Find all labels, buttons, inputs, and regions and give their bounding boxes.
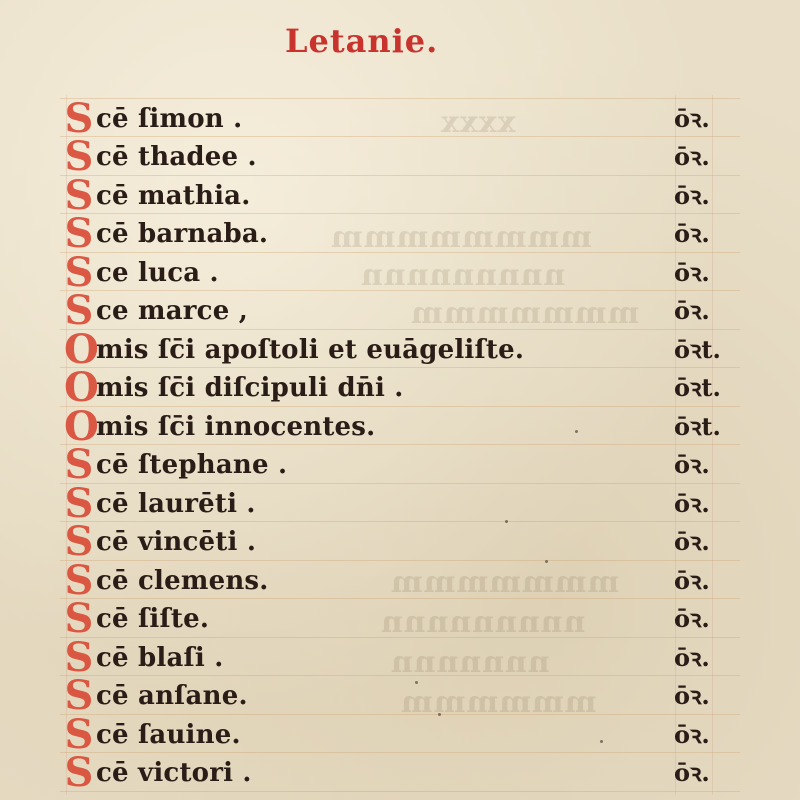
response-text: ōꝛ. bbox=[674, 254, 724, 292]
red-initial: O bbox=[64, 369, 94, 407]
response-text: ōꝛ. bbox=[674, 485, 724, 523]
response-text: ōꝛ. bbox=[674, 100, 724, 138]
invocation-text: cē mathia. bbox=[96, 177, 250, 215]
red-initial: S bbox=[64, 754, 94, 792]
response-text: ōꝛ. bbox=[674, 716, 724, 754]
invocation-text: mis ſc̄i diſcipuli dn̄i . bbox=[96, 369, 404, 407]
response-text: ōꝛ. bbox=[674, 215, 724, 253]
red-initial: S bbox=[64, 600, 94, 638]
response-text: ōꝛ. bbox=[674, 446, 724, 484]
ruling-line bbox=[60, 98, 740, 99]
page-title: Letanie. bbox=[285, 22, 438, 60]
response-text: ōꝛ. bbox=[674, 754, 724, 792]
litany-line: S cē mathia. ōꝛ. bbox=[64, 177, 744, 215]
litany-line: S cē laurēti . ōꝛ. bbox=[64, 485, 744, 523]
litany-line: S cē ſauine. ōꝛ. bbox=[64, 716, 744, 754]
red-initial: S bbox=[64, 215, 94, 253]
red-initial: S bbox=[64, 292, 94, 330]
response-text: ōꝛ. bbox=[674, 677, 724, 715]
invocation-text: ce marce , bbox=[96, 292, 248, 330]
litany-line: S cē anſane. ōꝛ. bbox=[64, 677, 744, 715]
litany-line: S cē victori . ōꝛ. bbox=[64, 754, 744, 792]
invocation-text: cē ſtephane . bbox=[96, 446, 287, 484]
litany-line: S cē clemens. ōꝛ. bbox=[64, 562, 744, 600]
invocation-text: cē vincēti . bbox=[96, 523, 256, 561]
invocation-text: cē thadee . bbox=[96, 138, 257, 176]
litany-line: S cē ſimon . ōꝛ. bbox=[64, 100, 744, 138]
litany-line: S cē ſtephane . ōꝛ. bbox=[64, 446, 744, 484]
response-text: ōꝛ. bbox=[674, 523, 724, 561]
litany-line: S cē barnaba. ōꝛ. bbox=[64, 215, 744, 253]
response-text: ōꝛt. bbox=[674, 369, 724, 407]
litany-line: S ce luca . ōꝛ. bbox=[64, 254, 744, 292]
response-text: ōꝛ. bbox=[674, 292, 724, 330]
invocation-text: ce luca . bbox=[96, 254, 219, 292]
invocation-text: cē barnaba. bbox=[96, 215, 268, 253]
litany-line: O mis ſc̄i innocentes. ōꝛt. bbox=[64, 408, 744, 446]
invocation-text: cē ſimon . bbox=[96, 100, 242, 138]
red-initial: S bbox=[64, 446, 94, 484]
response-text: ōꝛt. bbox=[674, 331, 724, 369]
litany-line: S cē vincēti . ōꝛ. bbox=[64, 523, 744, 561]
litany-line: S cē ſiſte. ōꝛ. bbox=[64, 600, 744, 638]
invocation-text: cē clemens. bbox=[96, 562, 269, 600]
invocation-text: mis ſc̄i apoſtoli et euāgeliſte. bbox=[96, 331, 524, 369]
litany-line: O mis ſc̄i apoſtoli et euāgeliſte. ōꝛt. bbox=[64, 331, 744, 369]
red-initial: S bbox=[64, 677, 94, 715]
invocation-text: cē anſane. bbox=[96, 677, 248, 715]
invocation-text: mis ſc̄i innocentes. bbox=[96, 408, 375, 446]
response-text: ōꝛ. bbox=[674, 177, 724, 215]
litany-line: S cē blaſi . ōꝛ. bbox=[64, 639, 744, 677]
response-text: ōꝛ. bbox=[674, 639, 724, 677]
red-initial: S bbox=[64, 523, 94, 561]
invocation-text: cē laurēti . bbox=[96, 485, 256, 523]
manuscript-page: xxxx mmmmmmmm nnnnnnnnn mmmmmmm mmmmmmm … bbox=[0, 0, 800, 800]
red-initial: S bbox=[64, 138, 94, 176]
litany-line: O mis ſc̄i diſcipuli dn̄i . ōꝛt. bbox=[64, 369, 744, 407]
response-text: ōꝛ. bbox=[674, 138, 724, 176]
invocation-text: cē ſauine. bbox=[96, 716, 241, 754]
invocation-text: cē victori . bbox=[96, 754, 252, 792]
litany-line: S ce marce , ōꝛ. bbox=[64, 292, 744, 330]
response-text: ōꝛ. bbox=[674, 562, 724, 600]
litany-line: S cē thadee . ōꝛ. bbox=[64, 138, 744, 176]
response-text: ōꝛ. bbox=[674, 600, 724, 638]
response-text: ōꝛt. bbox=[674, 408, 724, 446]
invocation-text: cē ſiſte. bbox=[96, 600, 209, 638]
invocation-text: cē blaſi . bbox=[96, 639, 224, 677]
